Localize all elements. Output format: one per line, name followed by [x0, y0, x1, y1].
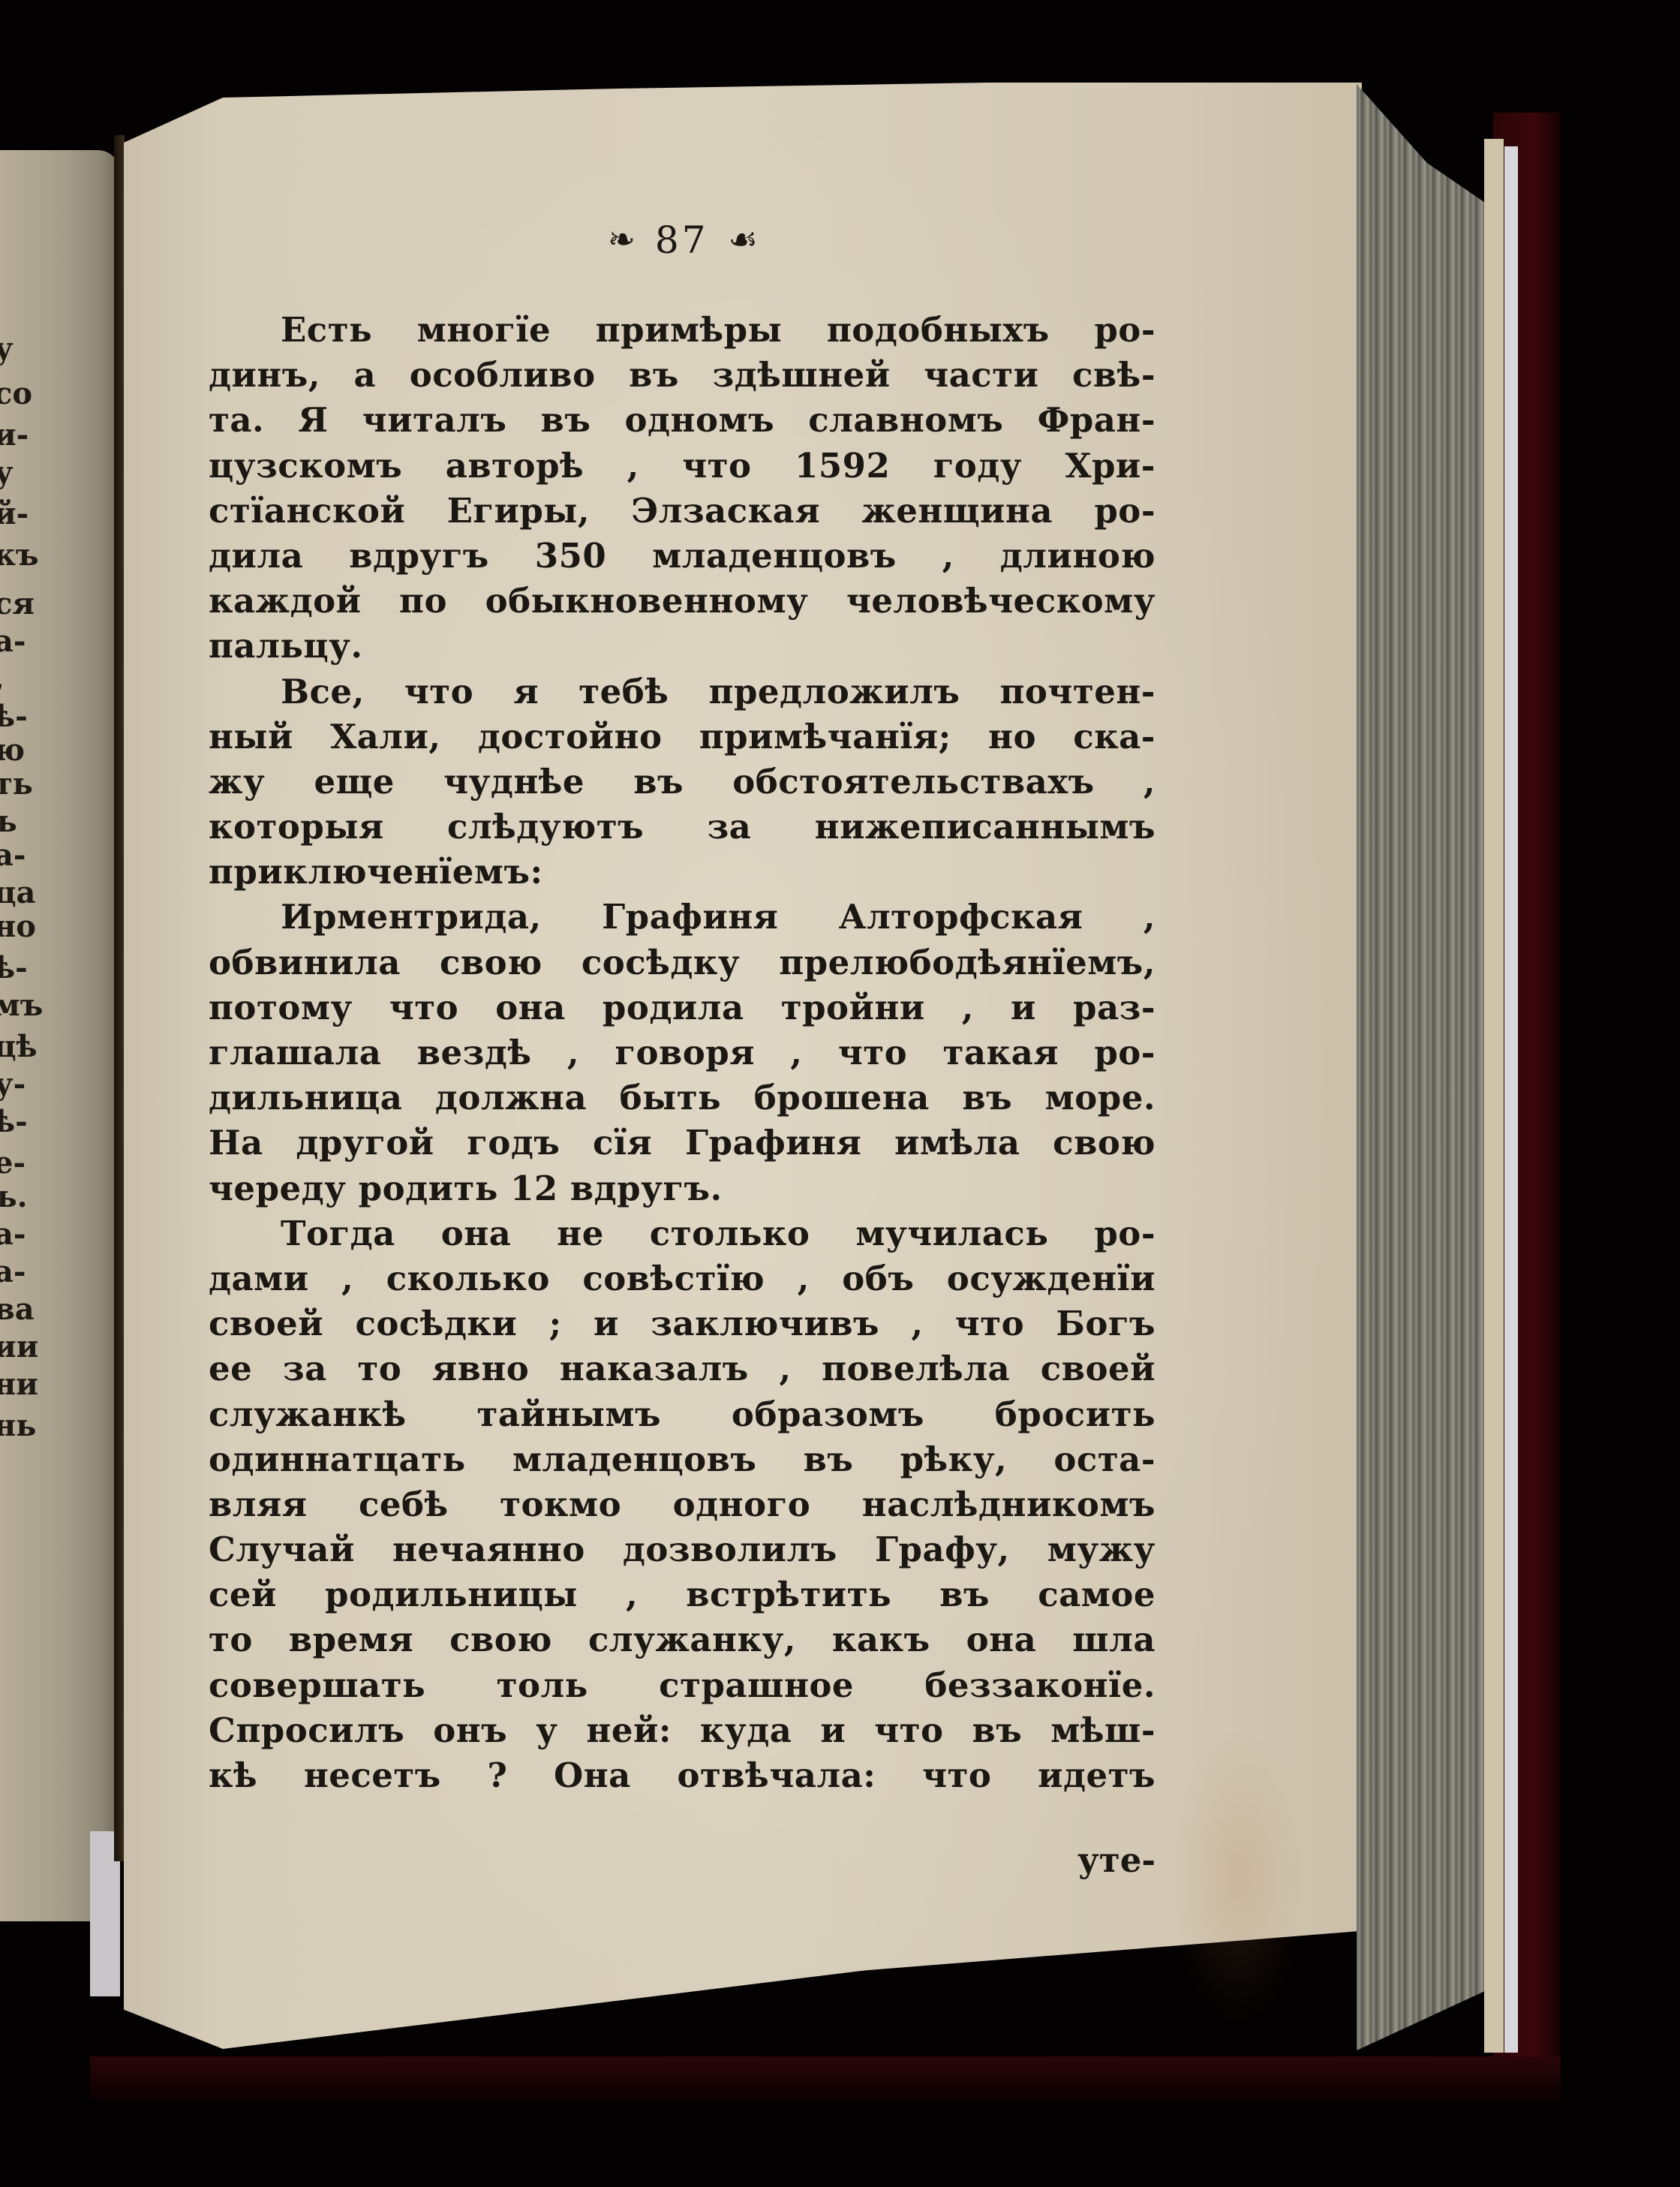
- text-line: дильница должна быть брошена въ море.: [209, 1075, 1156, 1121]
- left-page-fragment: у: [0, 450, 14, 495]
- left-page-fragment: й-: [0, 492, 29, 537]
- book-gutter: [114, 135, 125, 1861]
- text-line: дила вдругъ 350 младенцовъ , длиною: [209, 534, 1156, 579]
- text-line: ее за то явно наказалъ , повелѣла своей: [209, 1346, 1156, 1391]
- text-line: Тогда она не столько мучилась ро-: [209, 1211, 1156, 1256]
- text-line: дами , сколько совѣстїю , объ осужденїи: [209, 1256, 1156, 1301]
- text-line: Есть многїе примѣры подобныхъ ро-: [209, 308, 1156, 353]
- text-line: Случай нечаянно дозволилъ Графу, мужу: [209, 1527, 1156, 1572]
- text-line: Ирментрида, Графиня Алторфская ,: [209, 895, 1156, 940]
- text-line: своей сосѣдки ; и заключивъ , что Богъ: [209, 1301, 1156, 1346]
- text-line: одиннатцать младенцовъ въ рѣку, оста-: [209, 1437, 1156, 1482]
- left-page-fragment: но: [0, 904, 36, 949]
- text-line: пальцу.: [209, 624, 1156, 669]
- text-line: На другой годъ сїя Графиня имѣла свою: [209, 1121, 1156, 1166]
- running-header: ❧ 87 ☙: [555, 214, 810, 266]
- text-line: служанкѣ тайнымъ образомъ бросить: [209, 1392, 1156, 1437]
- catchword: уте-: [1035, 1840, 1156, 1880]
- text-line: кѣ несетъ ? Она отвѣчала: что идетъ: [209, 1753, 1156, 1798]
- page-number: 87: [655, 218, 709, 262]
- text-line: каждой по обыкновенному человѣческому: [209, 579, 1156, 624]
- left-page-fragment: къ: [0, 533, 39, 578]
- left-page-fragment: у: [0, 326, 14, 372]
- fleuron-right-icon: ☙: [729, 224, 758, 257]
- text-line: приключенїемъ:: [209, 850, 1156, 895]
- text-line: стїанской Егиры, Элзаская женщина ро-: [209, 489, 1156, 534]
- text-line: потому что она родила тройни , и раз-: [209, 985, 1156, 1030]
- left-page-fragment: со: [0, 372, 32, 417]
- text-line: вляя себѣ токмо одного наслѣдникомъ: [209, 1482, 1156, 1527]
- paper-stain: [1171, 1726, 1306, 2026]
- left-page-fragment: мъ: [0, 983, 43, 1028]
- text-line: сей родильницы , встрѣтить въ самое: [209, 1572, 1156, 1617]
- book-cover-bottom: [90, 2056, 1561, 2101]
- text-line: Спросилъ онъ у ней: куда и что въ мѣш-: [209, 1708, 1156, 1753]
- text-line: ный Хали, достойно примѣчанїя; но ска-: [209, 714, 1156, 760]
- left-facing-page: усои-уй-късяа-,ѣ-ютьъа-цаноѣ-мъцѣу-ѣ-е-ъ…: [0, 150, 120, 1921]
- fleuron-left-icon: ❧: [608, 224, 636, 257]
- text-line: цузскомъ авторѣ , что 1592 году Хри-: [209, 444, 1156, 489]
- text-line: то время свою служанку, какъ она шла: [209, 1617, 1156, 1662]
- text-line: которыя слѣдуютъ за нижеписаннымъ: [209, 805, 1156, 850]
- text-line: Все, что я тебѣ предложилъ почтен-: [209, 669, 1156, 714]
- left-page-fragment: ѣ-: [0, 1100, 28, 1145]
- endpaper-white-edge: [1504, 146, 1518, 2053]
- text-line: обвинила свою сосѣдку прелюбодѣянїемъ,: [209, 940, 1156, 985]
- text-line: жу еще чуднѣе въ обстоятельствахъ ,: [209, 760, 1156, 805]
- text-line: глашала вездѣ , говоря , что такая ро-: [209, 1030, 1156, 1075]
- endpaper-edge: [1484, 139, 1504, 2053]
- text-line: та. Я читалъ въ одномъ славномъ Фран-: [209, 398, 1156, 443]
- left-page-fragment: нь: [0, 1403, 36, 1448]
- text-line: череду родить 12 вдругъ.: [209, 1166, 1156, 1211]
- text-line: совершать толь страшное беззаконїе.: [209, 1663, 1156, 1708]
- left-page-fragment: ни: [0, 1362, 38, 1407]
- text-line: динъ, а особливо въ здѣшней части свѣ-: [209, 353, 1156, 398]
- body-text: Есть многїе примѣры подобныхъ ро- динъ, …: [209, 308, 1156, 1798]
- page-block-edges: [1357, 84, 1484, 2050]
